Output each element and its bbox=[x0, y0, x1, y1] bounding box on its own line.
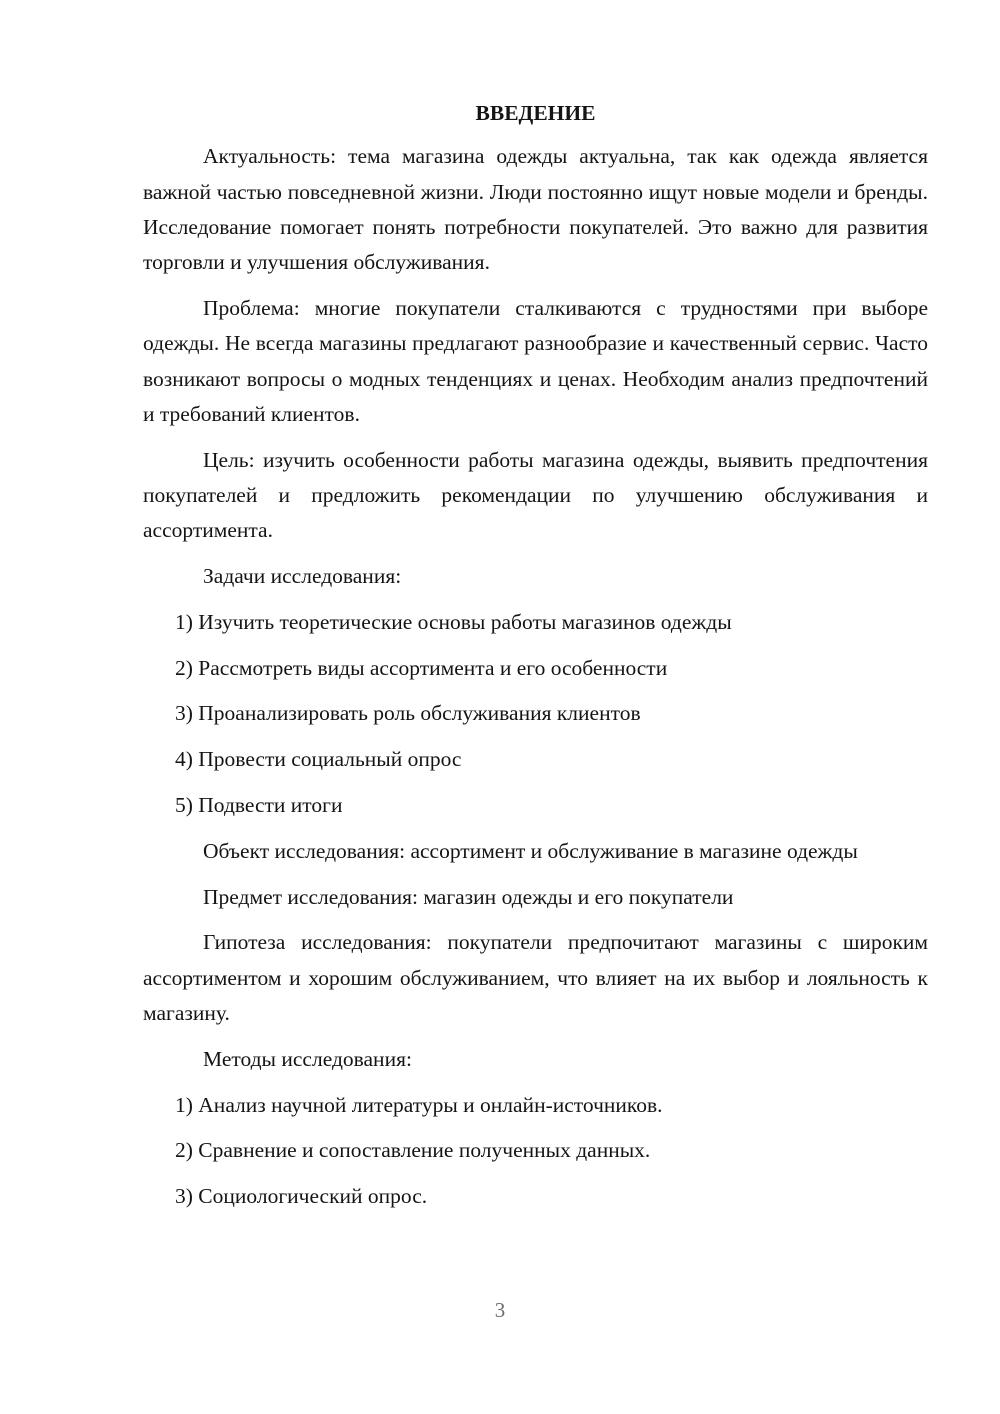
object-paragraph: Объект исследования: ассортимент и обслу… bbox=[143, 834, 928, 869]
section-title: ВВЕДЕНИЕ bbox=[143, 96, 928, 131]
method-item: 3) Социологический опрос. bbox=[143, 1179, 928, 1214]
page-number: 3 bbox=[0, 1298, 1000, 1323]
methods-list: 1) Анализ научной литературы и онлайн-ис… bbox=[143, 1088, 928, 1215]
problem-paragraph: Проблема: многие покупатели сталкиваются… bbox=[143, 291, 928, 432]
subject-paragraph: Предмет исследования: магазин одежды и е… bbox=[143, 880, 928, 915]
task-item: 2) Рассмотреть виды ассортимента и его о… bbox=[143, 651, 928, 686]
method-item: 1) Анализ научной литературы и онлайн-ис… bbox=[143, 1088, 928, 1123]
method-item: 2) Сравнение и сопоставление полученных … bbox=[143, 1133, 928, 1168]
task-item: 1) Изучить теоретические основы работы м… bbox=[143, 605, 928, 640]
methods-heading: Методы исследования: bbox=[143, 1042, 928, 1077]
tasks-heading: Задачи исследования: bbox=[143, 559, 928, 594]
task-item: 5) Подвести итоги bbox=[143, 788, 928, 823]
task-item: 3) Проанализировать роль обслуживания кл… bbox=[143, 696, 928, 731]
hypothesis-paragraph: Гипотеза исследования: покупатели предпо… bbox=[143, 925, 928, 1031]
relevance-paragraph: Актуальность: тема магазина одежды актуа… bbox=[143, 139, 928, 280]
goal-paragraph: Цель: изучить особенности работы магазин… bbox=[143, 443, 928, 549]
document-page: ВВЕДЕНИЕ Актуальность: тема магазина оде… bbox=[143, 96, 928, 1225]
tasks-list: 1) Изучить теоретические основы работы м… bbox=[143, 605, 928, 823]
task-item: 4) Провести социальный опрос bbox=[143, 742, 928, 777]
